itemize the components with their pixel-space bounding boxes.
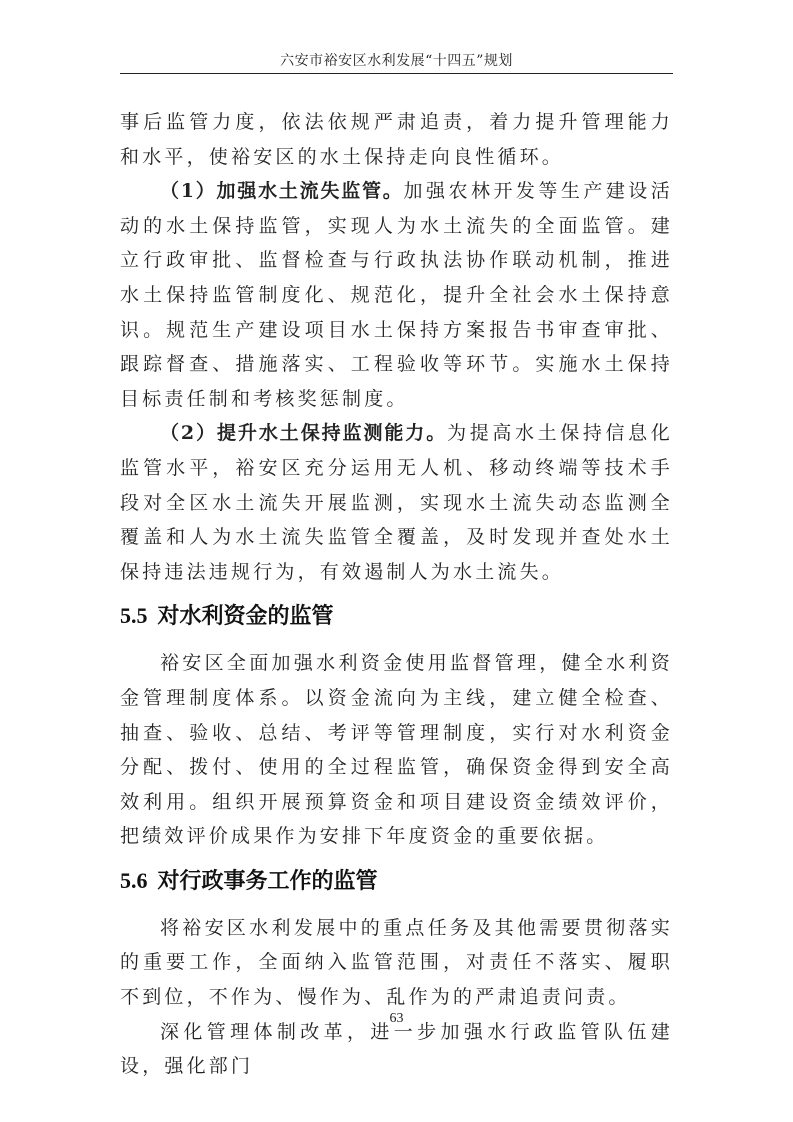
section-number: 5.5 [120,603,148,628]
page-number: 63 [0,1011,793,1027]
paragraph-item-2: （2）提升水土保持监测能力。为提高水土保持信息化监管水平，裕安区充分运用无人机、… [120,416,673,589]
paragraph-5-6-1: 将裕安区水利发展中的重点任务及其他需要贯彻落实的重要工作，全面纳入监管范围，对责… [120,911,673,1015]
item-1-heading: （1）加强水土流失监管。 [160,180,404,202]
header-rule [120,73,673,74]
running-header-title: 六安市裕安区水利发展“十四五”规划 [120,50,673,70]
section-heading-5-6: 5.6对行政事务工作的监管 [120,854,673,911]
paragraph-item-1: （1）加强水土流失监管。加强农林开发等生产建设活动的水土保持监管，实现人为水土流… [120,174,673,416]
section-title: 对行政事务工作的监管 [158,869,378,894]
section-title: 对水利资金的监管 [158,604,334,629]
item-2-text: 为提高水土保持信息化监管水平，裕安区充分运用无人机、移动终端等技术手段对全区水土… [120,422,673,582]
item-2-heading: （2）提升水土保持监测能力。 [160,422,447,444]
item-1-text: 加强农林开发等生产建设活动的水土保持监管，实现人为水土流失的全面监管。建立行政审… [120,180,673,410]
document-body: 事后监管力度，依法依规严肃追责，着力提升管理能力和水平，使裕安区的水土保持走向良… [120,105,673,1084]
section-heading-5-5: 5.5对水利资金的监管 [120,589,673,646]
section-number: 5.6 [120,868,148,893]
paragraph-intro: 事后监管力度，依法依规严肃追责，着力提升管理能力和水平，使裕安区的水土保持走向良… [120,105,673,174]
paragraph-5-5: 裕安区全面加强水利资金使用监督管理，健全水利资金管理制度体系。以资金流向为主线，… [120,646,673,854]
